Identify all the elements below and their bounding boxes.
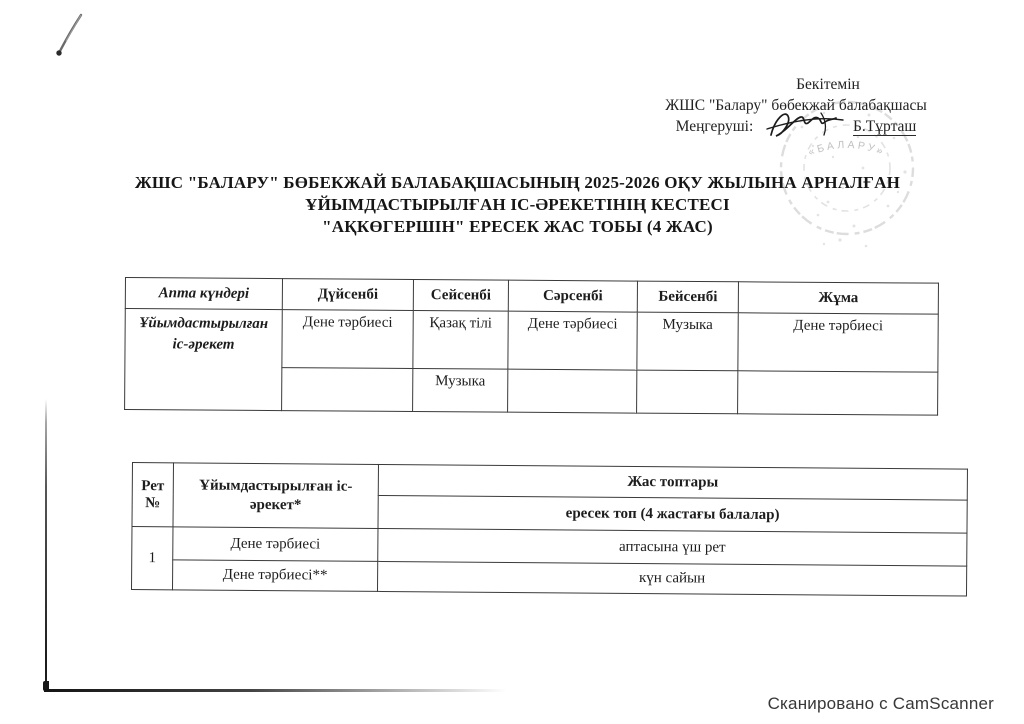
groups-table-agegroups-header: Жас топтары	[378, 464, 967, 500]
signature-scribble	[761, 105, 847, 143]
document-title-line1: ЖШС "БАЛАРУ" БӨБЕКЖАЙ БАЛАБАҚШАСЫНЫҢ 202…	[60, 172, 975, 194]
document-title-line2: ҰЙЫМДАСТЫРЫЛҒАН ІС-ӘРЕКЕТІНІҢ КЕСТЕСІ	[60, 194, 975, 216]
approval-manager-line: Меңгеруші: Б.Тұрташ	[628, 116, 964, 137]
manager-name: Б.Тұрташ	[853, 118, 916, 136]
document-title: ЖШС "БАЛАРУ" БӨБЕКЖАЙ БАЛАБАҚШАСЫНЫҢ 202…	[60, 172, 975, 238]
pen-mark-icon	[48, 8, 92, 62]
document-title-line3: "АҚКӨГЕРШІН" ЕРЕСЕК ЖАС ТОБЫ (4 ЖАС)	[60, 216, 975, 238]
week-table-cell	[508, 369, 637, 413]
groups-table-agegroup-subheader: ересек топ (4 жастағы балалар)	[378, 495, 967, 533]
groups-table-activity-cell: Дене тәрбиесі	[173, 527, 378, 562]
week-table-cell: Қазақ тілі	[413, 311, 508, 370]
groups-table-frequency-cell: аптасына үш рет	[378, 528, 967, 566]
week-table-cell: Дене тәрбиесі	[738, 313, 938, 372]
week-table-cell: Дене тәрбиесі	[282, 310, 413, 369]
week-table-header-thursday: Бейсенбі	[637, 281, 738, 313]
week-table-header-friday: Жұма	[738, 282, 938, 314]
week-table-cell	[282, 368, 413, 412]
approval-block: Бекітемін ЖШС "Балару" бөбекжай балабақш…	[628, 74, 964, 137]
week-table-cell: Музыка	[637, 312, 738, 371]
age-groups-table: Рет № Ұйымдастырылған іс-әрекет* Жас топ…	[131, 462, 968, 597]
week-table-header-days: Апта күндері	[125, 278, 282, 310]
scanner-credit: Сканировано с CamScanner	[768, 694, 994, 714]
groups-table-frequency-cell: күн сайын	[377, 561, 966, 596]
approval-word: Бекітемін	[660, 74, 996, 95]
number-header-line2: №	[145, 495, 160, 511]
scan-edge-vertical	[45, 399, 47, 691]
groups-table-activity-header: Ұйымдастырылған іс-әрекет*	[173, 463, 378, 529]
scanned-document-page: «БАЛАРУ» Бекітемін ЖШС "Балару" бөбекжай…	[0, 0, 1024, 724]
manager-label: Меңгеруші:	[676, 118, 754, 135]
number-header-line1: Рет	[141, 478, 164, 494]
week-table-cell: Дене тәрбиесі	[508, 311, 637, 370]
groups-table-activity-cell: Дене тәрбиесі**	[172, 560, 377, 592]
week-table-cell	[637, 370, 738, 414]
groups-table-row-number: 1	[131, 527, 172, 590]
scan-edge-horizontal	[44, 689, 506, 692]
week-table-cell	[738, 371, 938, 415]
weekly-schedule-table: Апта күндері Дүйсенбі Сейсенбі Сәрсенбі …	[124, 277, 939, 416]
groups-table-number-header: Рет №	[132, 463, 174, 527]
week-table-header-wednesday: Сәрсенбі	[508, 280, 637, 312]
week-table-row-label: Ұйымдастырылған іс-әрекет	[125, 309, 283, 411]
week-table-header-monday: Дүйсенбі	[282, 279, 413, 311]
week-table-cell: Музыка	[413, 369, 508, 413]
week-table-header-tuesday: Сейсенбі	[413, 280, 508, 312]
